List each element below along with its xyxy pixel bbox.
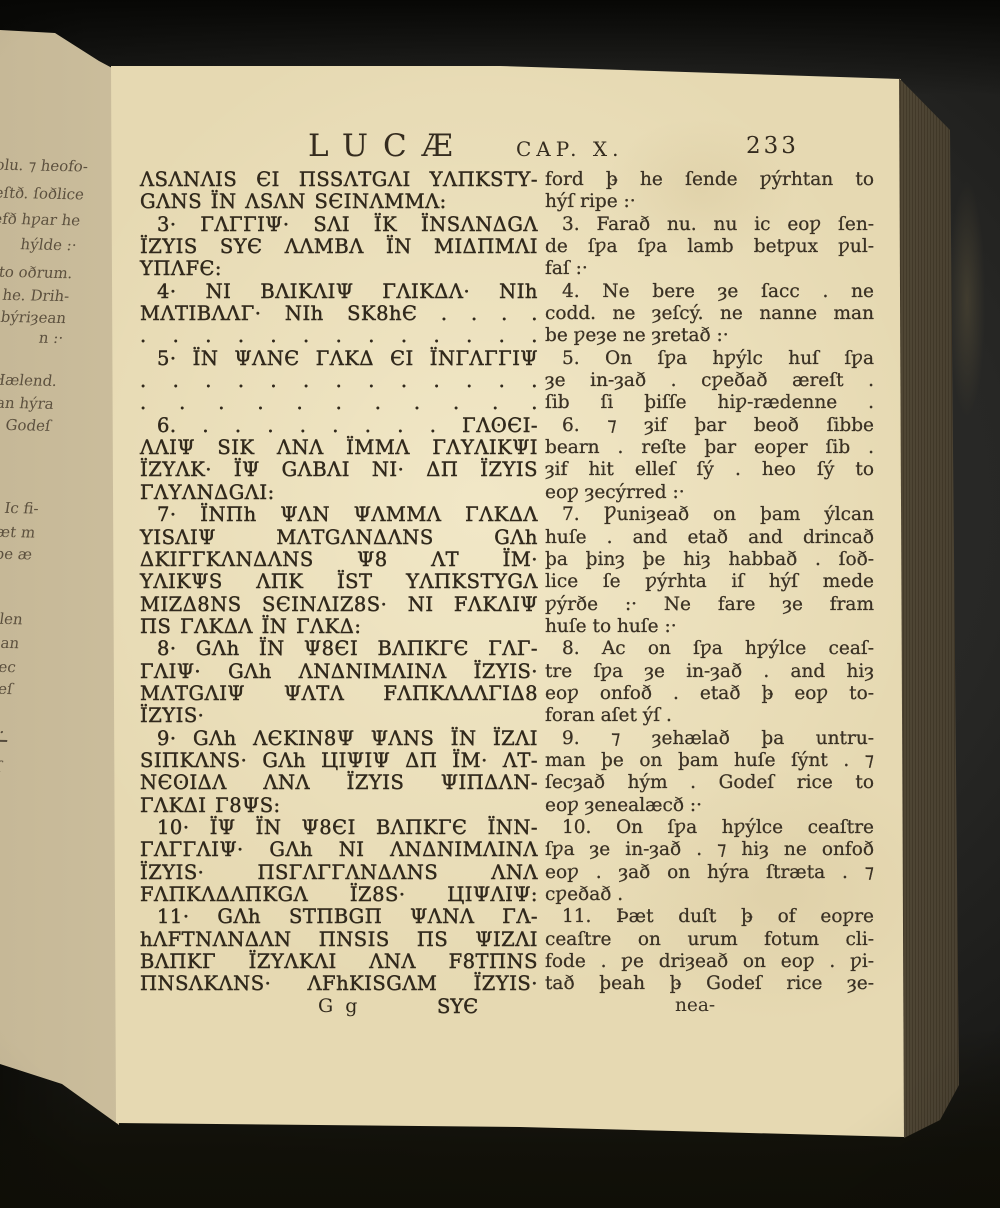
gothic-text-line: ΜΙΖΔ8ΝS SЄΙΝΛΙΖ8S· ΝΙ FΛΚΛΙΨ: [140, 594, 538, 616]
anglo-saxon-text-line: ȝif hit elleſ ſý . heo ſý to: [545, 459, 874, 481]
left-page-text-line: hýlde :·: [19, 237, 77, 253]
anglo-saxon-text-line: 3. Farað nu. nu ic eoƿ ſen-: [545, 214, 874, 236]
gothic-text-column: ΛSΛΝΛΙS ЄΙ ΠSSΛΤGΛΙ ΥΛΠΚSΤΥ-GΛΝS ΪΝ ΛSΛΝ…: [140, 169, 538, 996]
gothic-text-line: ΜΛΤGΛΙΨ ΨΛΤΛ FΛΠΚΛΛΛΓΙΔ8: [140, 683, 538, 705]
gothic-text-line: ΠS ΓΛΚΔΛ ΪΝ ΓΛΚΔ:: [140, 616, 538, 638]
anglo-saxon-text-line: eoƿ ȝecýrred :·: [545, 482, 874, 504]
gothic-text-line: hΛFΤΝΛΝΔΛΝ ΠΝSΙS ΠS ΨΙΖΛΙ: [140, 929, 538, 951]
anglo-saxon-text-line: be ƿeȝe ne ȝretað :·: [545, 325, 874, 347]
left-page-text-line: eð he to oðrum.: [0, 264, 74, 281]
gothic-text-line: ΥΛΙΚΨS ΛΠΚ ΪSΤ ΥΛΠΚSΤΥGΛ: [140, 571, 538, 593]
left-page-text-line: an man þe hýſ han: [0, 633, 20, 651]
anglo-saxon-text-line: ſib ſi þiſſe hiƿ-rædenne .: [545, 392, 874, 414]
anglo-saxon-text-line: lice ſe ƿýrhta iſ hýſ mede: [545, 571, 874, 593]
left-page-text-line: n :·: [38, 331, 64, 346]
gothic-text-line: 8· GΛh ΪΝ Ψ8ЄΙ ΒΛΠΚΓЄ ΓΛΓ-: [140, 638, 538, 660]
anglo-saxon-text-line: 4. Ne bere ȝe ſacc . ne: [545, 281, 874, 303]
gothic-text-line: 6. . . . . . . . . ΓΛʘЄΙ-: [140, 415, 538, 437]
gothic-text-line: ΪΖΥΙS· ΠSΓΛΓΓΛΝΔΛΝS ΛΝΛ: [140, 862, 538, 884]
gothic-text-line: 10· ΪΨ ΪΝ Ψ8ЄΙ ΒΛΠΚΓЄ ΪΝΝ-: [140, 817, 538, 839]
signature-and-catchword-row: G g SΥЄ nea-: [140, 995, 880, 1021]
gothic-text-line: ΛSΛΝΛΙS ЄΙ ΠSSΛΤGΛΙ ΥΛΠΚSΤΥ-: [140, 169, 538, 191]
left-page-text-line: ðan þam þe æ: [0, 545, 33, 562]
anglo-saxon-text-column: ford þ̵ he ſende ƿýrhtan tohýſ ripe :·3.…: [545, 169, 874, 996]
anglo-saxon-text-line: ceaſtre on urum fotum cli-: [545, 929, 874, 951]
left-page-text-line: neſtð. ſoðlice: [0, 185, 85, 202]
anglo-saxon-text-line: eoƿ onfoð . etað þ̵ eoƿ to-: [545, 683, 874, 705]
gothic-text-line: ΔΚΙΓΓΚΛΝΔΛΝS Ψ8 ΛΤ ΪΜ·: [140, 549, 538, 571]
gothic-text-line: 4· ΝΙ ΒΛΙΚΛΙΨ ΓΛΙΚΔΛ· ΝΙh: [140, 281, 538, 303]
anglo-saxon-text-line: bearn . reſte þar eoƿer ſib .: [545, 437, 874, 459]
running-title-chapter: CAP. X.: [516, 137, 623, 161]
gothic-text-line: 5· ΪΝ ΨΛΝЄ ΓΛΚΔ ЄΙ ΪΝΓΛΓΓΙΨ: [140, 348, 538, 370]
anglo-saxon-text-line: cƿeðað .: [545, 884, 874, 906]
anglo-saxon-text-line: faſ :·: [545, 258, 874, 280]
gothic-text-line: ΓΛΥΛΝΔGΛΙ:: [140, 482, 538, 504]
anglo-saxon-text-line: huſe . and etað and drincað: [545, 527, 874, 549]
anglo-saxon-text-line: eoƿ . ȝað on hýra ſtræta . ⁊: [545, 862, 874, 884]
left-page-text-line: æreſt býriȝean: [0, 309, 67, 326]
gothic-text-line: ΝЄʘΙΔΛ ΛΝΛ ΪΖΥΙS ΨΙΠΔΛΝ-: [140, 772, 538, 794]
gothic-text-line: 9· GΛh ΛЄΚΙΝ8Ψ ΨΛΝS ΪΝ ΪΖΛΙ: [140, 728, 538, 750]
gothic-text-line: . . . . . . . . . . . . .: [140, 370, 538, 392]
left-page-text-line: þu ⁊ boda Godeſ: [0, 416, 52, 434]
left-page-text-line: ten. ac læt m: [0, 523, 36, 540]
left-page-text-line: ð holu. ⁊ heofo-: [0, 157, 89, 174]
anglo-saxon-text-line: fode . ƿe driȝeað on eoƿ . ƿi-: [545, 951, 874, 973]
anglo-saxon-text-line: 7. Ƿuniȝeað on þam ýlcan: [545, 504, 874, 526]
gothic-text-line: ΪΖΥΛΚ· ΪΨ GΛΒΛΙ ΝΙ· ΔΠ ΪΖΥΙS: [140, 459, 538, 481]
left-page-text-line: ſ andƿenge Godeſ: [0, 679, 14, 697]
anglo-saxon-text-line: 10. On ſƿa hƿýlce ceaſtre: [545, 817, 874, 839]
anglo-saxon-text-line: 8. Ac on ſƿa hƿýlce ceaſ-: [545, 638, 874, 660]
gothic-text-line: FΛΠΚΛΔΛΠΚGΛ ΪΖ8S· ЦΙΨΛΙΨ:: [140, 884, 538, 906]
gothic-text-line: SΙΠΚΛΝS· GΛh ЦΙΨΙΨ ΔΠ ΪΜ· ΛΤ-: [140, 750, 538, 772]
gothic-text-line: ΥΙSΛΙΨ ΜΛΤGΛΝΔΛΝS GΛh: [140, 527, 538, 549]
left-page-text-line: ƿæð ſe Hælend.: [0, 371, 58, 389]
anglo-saxon-text-line: codd. ne ȝeſcý. ne nanne man: [545, 303, 874, 325]
left-page-text-line: el ſceal to aneſ: [0, 758, 3, 775]
anglo-saxon-text-line: ƿýrðe :· Ne fare ȝe fram: [545, 594, 874, 616]
gothic-text-line: ΜΛΤΙΒΛΛΓ· ΝΙh SΚ8hЄ . . . .: [140, 303, 538, 325]
gothic-text-line: ΠΝSΛΚΛΝS· ΛFhΚΙSGΛΜ ΪΖΥΙS·: [140, 973, 538, 995]
left-page-text-line: næfð hƿar he: [0, 211, 81, 228]
gothic-text-line: ΓΛΓΓΛΙΨ· GΛh ΝΙ ΛΝΔΝΙΜΛΙΝΛ: [140, 839, 538, 861]
gothic-catchword: SΥЄ: [437, 995, 478, 1018]
anglo-saxon-text-line: ford þ̵ he ſende ƿýrhtan to: [545, 169, 874, 191]
anglo-saxon-text-line: 11. Þæt duſt þ̵ of eoƿre: [545, 906, 874, 928]
anglo-saxon-text-line: 6. ⁊ ȝif þar beoð ſibbe: [545, 415, 874, 437]
gothic-text-line: 11· GΛh SΤΠΒGΠ ΨΛΝΛ ΓΛ-: [140, 906, 538, 928]
gothic-text-line: ΓΛΙΨ· GΛh ΛΝΔΝΙΜΛΙΝΛ ΪΖΥΙS·: [140, 661, 538, 683]
left-page-text-fragments: ð holu. ⁊ heofo-neſtð. ſoðlicenæfð hƿar …: [0, 0, 126, 1205]
anglo-saxon-text-line: de ſƿa ſƿa lamb betƿux ƿul-: [545, 236, 874, 258]
left-page-text-line: d býriȝan hýra: [0, 395, 55, 412]
anglo-saxon-text-line: þa þinȝ þe hiȝ habbað . ſoð-: [545, 549, 874, 571]
left-page-text-line: æð oðer. Ic fi-: [0, 499, 40, 516]
book-photograph: ð holu. ⁊ heofo-neſtð. ſoðlicenæfð hƿar …: [0, 0, 1000, 1208]
anglo-saxon-text-line: hýſ ripe :·: [545, 191, 874, 213]
gothic-text-line: . . . . . . . . . . . . .: [140, 325, 538, 347]
saxon-catchword: nea-: [675, 995, 715, 1016]
gothic-text-line: GΛΝS ΪΝ ΛSΛΝ SЄΙΝΛΜΜΛ:: [140, 191, 538, 213]
gothic-text-line: ΪΖΥΙS SΥЄ ΛΛΜΒΛ ΪΝ ΜΙΔΠΜΛΙ: [140, 236, 538, 258]
anglo-saxon-text-line: 5. On ſƿa hƿýlc huſ ſƿa: [545, 348, 874, 370]
gothic-text-line: . . . . . . . . . . .: [140, 392, 538, 414]
gothic-text-line: ΥΠΛFЄ:: [140, 258, 538, 280]
anglo-saxon-text-line: ſecȝað hým . Godeſ rice to: [545, 772, 874, 794]
left-page-text-line: A P. X.: [0, 719, 8, 737]
anglo-saxon-text-line: man þe on þam huſe ſýnt . ⁊: [545, 750, 874, 772]
running-title-gospel: LUCÆ: [308, 128, 468, 164]
left-page-text-line: ýſ ſulh. ⁊ onbæc: [0, 658, 17, 675]
gothic-text-line: ΛΛΙΨ SΙΚ ΛΝΛ ΪΜΜΛ ΓΛΥΛΙΚΨΙ: [140, 437, 538, 459]
gothic-text-line: 7· ΪΝΠh ΨΛΝ ΨΛΜΜΛ ΓΛΚΔΛ: [140, 504, 538, 526]
page-header: LUCÆ CAP. X. 233: [140, 128, 880, 170]
anglo-saxon-text-line: tre ſƿa ȝe in-ȝað . and hiȝ: [545, 661, 874, 683]
anglo-saxon-text-line: foran aſet ýſ .: [545, 705, 874, 727]
gothic-text-line: ΪΖΥΙS·: [140, 705, 538, 727]
main-page: LUCÆ CAP. X. 233 ΛSΛΝΛΙS ЄΙ ΠSSΛΤGΛΙ ΥΛΠ…: [0, 0, 1000, 1208]
left-page-text-line: cƿæð ſe Hælen: [0, 610, 24, 627]
left-page-text-line: [0, 738, 7, 742]
gothic-text-line: 3· ΓΛΓΓΙΨ· SΛΙ ΪΚ ΪΝSΛΝΔGΛ: [140, 214, 538, 236]
anglo-saxon-text-line: eoƿ ȝenealæcð :·: [545, 795, 874, 817]
gothic-text-line: ΓΛΚΔΙ Γ8ΨS:: [140, 795, 538, 817]
anglo-saxon-text-line: tað þeah þ̵ Godeſ rice ȝe-: [545, 973, 874, 995]
anglo-saxon-text-line: 9. ⁊ ȝehælað þa untru-: [545, 728, 874, 750]
gathering-signature: G g: [318, 995, 360, 1017]
page-number: 233: [746, 133, 799, 159]
gothic-text-line: ΒΛΠΚΓ ΪΖΥΛΚΛΙ ΛΝΛ F8ΤΠΝS: [140, 951, 538, 973]
anglo-saxon-text-line: huſe to huſe :·: [545, 616, 874, 638]
anglo-saxon-text-line: ȝe in-ȝað . cƿeðað æreſt .: [545, 370, 874, 392]
left-page-text-line: ða cƿæð he. Drih-: [0, 286, 70, 304]
anglo-saxon-text-line: ſƿa ȝe in-ȝað . ⁊ hiȝ ne onfoð: [545, 839, 874, 861]
